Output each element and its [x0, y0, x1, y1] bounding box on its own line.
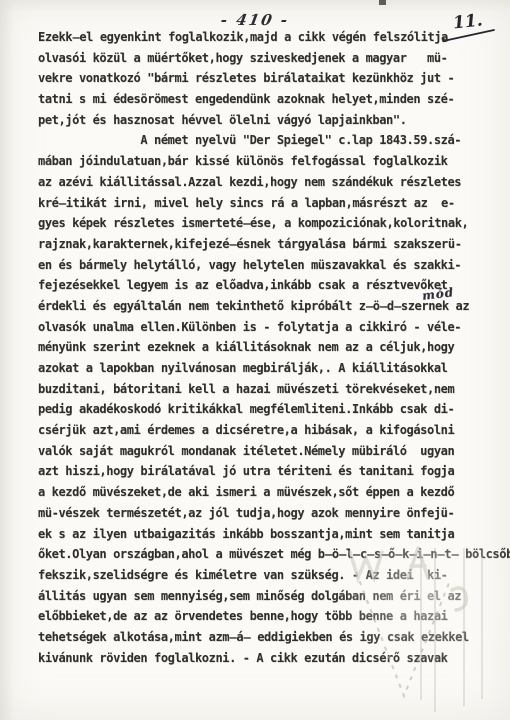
text-line: olvasók unalma ellen.Különben is - folyt… — [38, 317, 500, 338]
text-line: tehetségek alkotása,mint azm̶á̶ eddigiek… — [38, 627, 500, 648]
text-line: azt hiszi,hogy birálatával jó utra térit… — [38, 461, 500, 482]
text-line: rajznak,karakternek,kifejezé̶ésnek tárgy… — [38, 234, 500, 255]
text-line: mü-vészek természetét,az jól tudja,hogy … — [38, 503, 500, 524]
handwritten-correction: mód — [421, 282, 455, 306]
text-line: fekszik,szelidségre és kiméletre van szü… — [38, 565, 500, 586]
text-line: A német nyelvü "Der Spiegel" c.lap 1843.… — [38, 130, 500, 151]
text-line: kivánunk röviden foglalkozni. - A cikk e… — [38, 648, 500, 669]
text-line: az azévi kiállitással.Azzal kezdi,hogy n… — [38, 172, 500, 193]
text-line: en és bármely helytálló, vagy helytelen … — [38, 255, 500, 276]
text-line: Ezekk̶el egyenkint foglalkozik,majd a ci… — [38, 27, 500, 48]
text-line: ek s az ilyen utbaigazitás inkább bossza… — [38, 524, 500, 545]
text-line: a kezdő müvészeket,de aki ismeri a müvés… — [38, 482, 500, 503]
scanned-document-page: - 410 - 11. mód Ezekk̶el egyenkint fogla… — [0, 0, 510, 720]
text-line: ményünk szerint ezeknek a kiállitásoknak… — [38, 337, 500, 358]
text-line: mában jóindulatuan,bár kissé különös fel… — [38, 151, 500, 172]
text-line: pedig akadékoskodó kritikákkal megféleml… — [38, 399, 500, 420]
text-line: állitás ugyan sem mennyiség,sem minőség … — [38, 586, 500, 607]
text-line: előbbieket,de az az örvendetes benne,hog… — [38, 606, 500, 627]
text-line: kré̶itikát irni, mivel hely sincs rá a l… — [38, 193, 500, 214]
document-body: mód Ezekk̶el egyenkint foglalkozik,majd … — [38, 27, 500, 668]
text-line: pet,jót és hasznosat hévvel ölelni vágyó… — [38, 110, 500, 131]
text-line: vekre vonatkozó "bármi részletes birálat… — [38, 68, 500, 89]
text-line: csérjük azt,ami érdemes a dicséretre,a h… — [38, 420, 500, 441]
text-line: azokat a lapokban nyilvánosan megbiráljá… — [38, 358, 500, 379]
text-line: őket.Olyan országban,ahol a müvészet még… — [38, 544, 500, 565]
scan-artifact-icon — [379, 0, 386, 5]
text-line: valók saját magukról mondanak itéletet.N… — [38, 441, 500, 462]
text-line: tatni s mi édesörömest engedendünk azokn… — [38, 89, 500, 110]
text-line: olvasói közül a müértőket,hogy szivesked… — [38, 48, 500, 69]
text-line: gyes képek részletes ismerteté̶ése, a ko… — [38, 213, 500, 234]
text-line: buzditani, bátoritani kell a hazai müvés… — [38, 379, 500, 400]
